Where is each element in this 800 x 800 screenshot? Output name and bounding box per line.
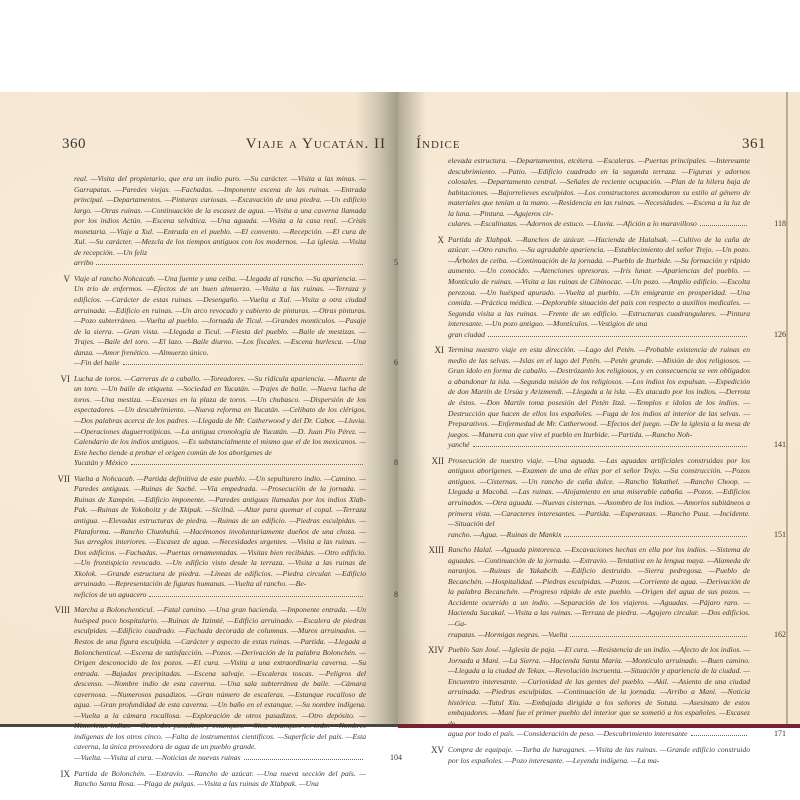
toc-entry: elevada estructura. —Departamentos, etcé… [448, 156, 750, 230]
chapter-summary: Rancho Halal. —Aguada pintoresca. —Excav… [448, 545, 750, 629]
table-of-contents: elevada estructura. —Departamentos, etcé… [448, 156, 750, 771]
chapter-summary-end: arribo [74, 258, 93, 269]
page-reference: 104 [390, 753, 402, 764]
chapter-summary: Partida de Xlabpak. —Ranchos de azúcar. … [448, 235, 750, 330]
leader-dots [691, 735, 747, 736]
chapter-summary: Marcha a Bolonchenticul. —Fatal camino. … [74, 605, 366, 753]
chapter-number: VII [46, 474, 70, 485]
chapter-summary-end: gran ciudad [448, 330, 485, 341]
page-reference: 126 [774, 330, 786, 341]
chapter-summary-end: —Fin del baile [74, 358, 120, 369]
gutter-shadow [398, 92, 426, 724]
chapter-number: VI [46, 374, 70, 385]
chapter-summary: Termina nuestro viaje en esta dirección.… [448, 345, 750, 440]
leader-dots [570, 636, 747, 637]
table-of-contents: real. —Visita del propietario, que era u… [74, 174, 366, 795]
leader-dots [564, 536, 747, 537]
leader-dots [473, 446, 747, 447]
chapter-summary-end: culares. —Escalinatas. —Adornos de estuc… [448, 219, 697, 230]
leader-dots [700, 225, 747, 226]
chapter-summary-end: rancho. —Agua. —Ruinas de Mankix [448, 530, 561, 541]
chapter-number: IX [46, 769, 70, 780]
chapter-number: XII [420, 456, 444, 467]
chapter-number: XIV [420, 645, 444, 656]
chapter-summary: Lucha de toros. —Carreras de a caballo. … [74, 374, 366, 458]
page-edge [786, 92, 788, 724]
toc-entry: V Viaje al rancho Nohcacab. —Una fuente … [74, 274, 366, 369]
toc-entry: VIII Marcha a Bolonchenticul. —Fatal cam… [74, 605, 366, 763]
chapter-number: V [46, 274, 70, 285]
page-reference: 162 [774, 630, 786, 641]
chapter-summary-end: agua por todo el país. —Consideración de… [448, 729, 688, 740]
page-reference: 141 [774, 440, 786, 451]
chapter-summary: Vuelta a Nohcacab. —Partida definitiva d… [74, 474, 366, 590]
toc-entry: IX Partida de Bolonchén. —Extravío. —Ran… [74, 769, 366, 790]
toc-entry: XI Termina nuestro viaje en esta direcci… [448, 345, 750, 450]
chapter-summary-end: neficios de un aguacero [74, 590, 146, 601]
page-number: 361 [742, 136, 766, 153]
toc-entry: X Partida de Xlabpak. —Ranchos de azúcar… [448, 235, 750, 340]
chapter-number: VIII [46, 605, 70, 616]
leader-dots [488, 336, 747, 337]
chapter-summary-end: —Vuelta. —Visita al cura. —Noticias de n… [74, 753, 241, 764]
chapter-summary: Pueblo San José. —Iglesia de paja. —El c… [448, 645, 750, 729]
leader-dots [149, 596, 363, 597]
leader-dots [123, 364, 363, 365]
leader-dots [131, 464, 363, 465]
leader-dots [244, 759, 363, 760]
open-book: 360 Viaje a Yucatán. II real. —Visita de… [0, 92, 800, 728]
chapter-summary: Prosecución de nuestro viaje. —Una aguad… [448, 456, 750, 530]
chapter-number: XIII [420, 545, 444, 556]
leader-dots [96, 264, 363, 265]
chapter-summary: Viaje al rancho Nohcacab. —Una fuente y … [74, 274, 366, 358]
page-reference: 118 [774, 219, 786, 230]
right-page: Índice 361 elevada estructura. —Departam… [398, 92, 800, 727]
chapter-summary-end: Yucatán y México [74, 458, 128, 469]
toc-entry: XIII Rancho Halal. —Aguada pintoresca. —… [448, 545, 750, 640]
book-cover-edge [398, 724, 800, 728]
toc-entry: XV Compra de equipaje. —Turba de haragan… [448, 745, 750, 766]
running-title: Viaje a Yucatán. II [246, 136, 386, 153]
chapter-number: XV [420, 745, 444, 756]
left-page: 360 Viaje a Yucatán. II real. —Visita de… [0, 92, 398, 727]
page-reference: 171 [774, 729, 786, 740]
chapter-summary-end: rrapatas. —Hormigas negras. —Vuelta [448, 630, 567, 641]
toc-entry: XII Prosecución de nuestro viaje. —Una a… [448, 456, 750, 540]
toc-entry: real. —Visita del propietario, que era u… [74, 174, 366, 269]
toc-entry: VI Lucha de toros. —Carreras de a caball… [74, 374, 366, 469]
chapter-number: XI [420, 345, 444, 356]
chapter-number: X [420, 235, 444, 246]
chapter-summary: Compra de equipaje. —Turba de haraganes.… [448, 745, 750, 766]
running-title: Índice [416, 136, 461, 153]
chapter-summary: elevada estructura. —Departamentos, etcé… [448, 156, 750, 219]
page-reference: 151 [774, 530, 786, 541]
page-number: 360 [62, 136, 86, 153]
chapter-summary: real. —Visita del propietario, que era u… [74, 174, 366, 258]
toc-entry: VII Vuelta a Nohcacab. —Partida definiti… [74, 474, 366, 601]
chapter-summary-end: yanché [448, 440, 470, 451]
chapter-summary: Partida de Bolonchén. —Extravío. —Rancho… [74, 769, 366, 790]
